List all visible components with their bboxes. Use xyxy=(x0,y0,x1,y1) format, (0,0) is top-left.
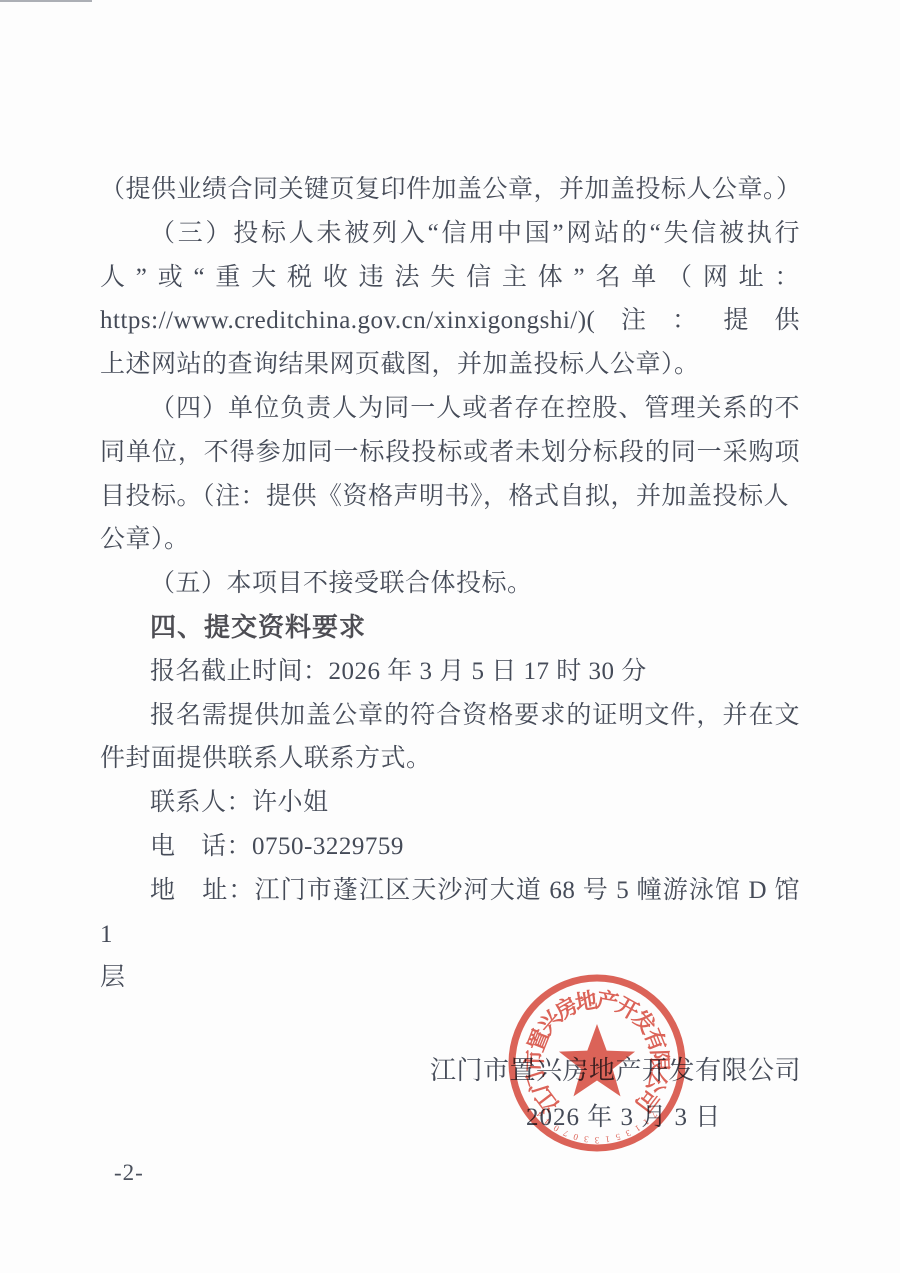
svg-text:3: 3 xyxy=(583,1134,589,1145)
document-text-line: 地 址：江门市蓬江区天沙河大道 68 号 5 幢游泳馆 D 馆 1 xyxy=(100,869,800,957)
svg-text:1: 1 xyxy=(605,1134,611,1145)
document-text-line: 同单位，不得参加同一标段投标或者未划分标段的同一采购项 xyxy=(100,431,800,475)
document-text-line: 公章）。 xyxy=(100,518,800,562)
svg-text:1: 1 xyxy=(633,1123,642,1134)
svg-text:3: 3 xyxy=(624,1128,633,1139)
document-text-line: 人”或“重大税收违法失信主体”名单（网址： xyxy=(100,256,800,300)
scan-edge-artifact xyxy=(0,0,92,2)
document-text-line: 目投标。（注：提供《资格声明书》，格式自拟，并加盖投标人 xyxy=(100,475,800,519)
document-text-line: 报名截止时间：2026 年 3 月 5 日 17 时 30 分 xyxy=(100,650,800,694)
document-page: （提供业绩合同关键页复印件加盖公章，并加盖投标人公章。）（三）投标人未被列入“信… xyxy=(0,0,900,1273)
svg-text:0: 0 xyxy=(551,1123,561,1134)
document-text-line: （五）本项目不接受联合体投标。 xyxy=(100,562,800,606)
svg-text:7: 7 xyxy=(561,1128,570,1139)
document-text-line: （四）单位负责人为同一人或者存在控股、管理关系的不 xyxy=(100,387,800,431)
document-text-line: 上述网站的查询结果网页截图，并加盖投标人公章）。 xyxy=(100,343,800,387)
svg-text:3: 3 xyxy=(594,1135,599,1145)
document-text-line: 件封面提供联系人联系方式。 xyxy=(100,737,800,781)
svg-text:5: 5 xyxy=(614,1132,622,1143)
document-text-line: 电 话：0750-3229759 xyxy=(100,825,800,869)
document-text-line: （提供业绩合同关键页复印件加盖公章，并加盖投标人公章。） xyxy=(100,168,800,212)
company-seal-stamp: 江门市置兴房地产开发有限公司 4407033153117 xyxy=(502,968,692,1158)
document-text-line: https://www.creditchina.gov.cn/xinxigong… xyxy=(100,299,800,343)
document-body: （提供业绩合同关键页复印件加盖公章，并加盖投标人公章。）（三）投标人未被列入“信… xyxy=(100,168,800,1000)
document-text-line: 报名需提供加盖公章的符合资格要求的证明文件，并在文 xyxy=(100,694,800,738)
svg-text:0: 0 xyxy=(572,1131,580,1142)
svg-text:1: 1 xyxy=(642,1117,652,1128)
seal-star-icon xyxy=(559,1024,635,1096)
page-number: -2- xyxy=(114,1160,144,1186)
document-text-line: 联系人：许小姐 xyxy=(100,781,800,825)
document-text-line: 四、提交资料要求 xyxy=(100,606,800,650)
document-text-line: 层 xyxy=(100,956,800,1000)
document-text-line: （三）投标人未被列入“信用中国”网站的“失信被执行 xyxy=(100,212,800,256)
